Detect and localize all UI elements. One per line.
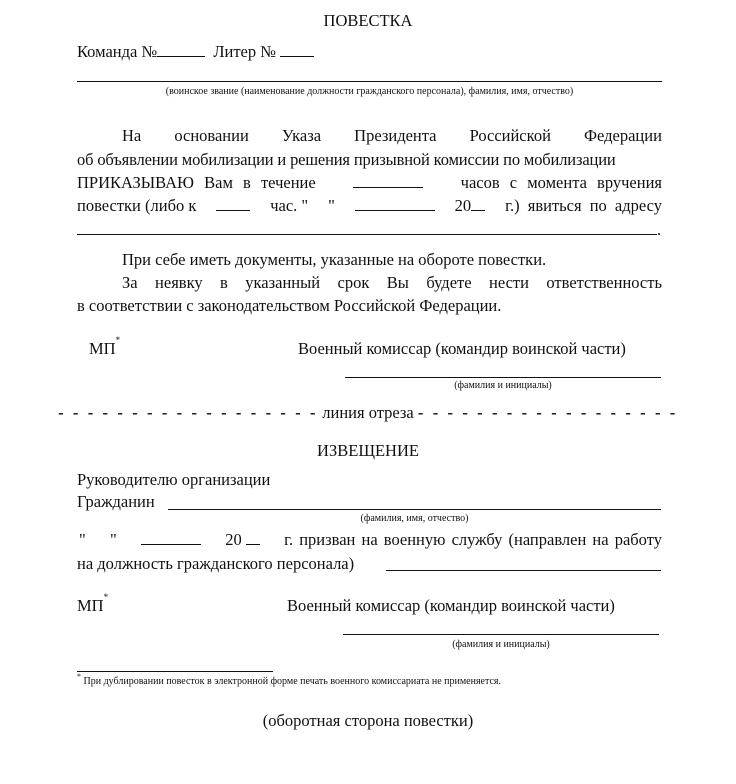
notice-recipient: Руководителю организации — [77, 470, 270, 490]
order-address-text: г.) явиться по адресу — [505, 196, 662, 216]
cut-line: - - - - - - - - - - - - - - - - - - лини… — [0, 403, 736, 423]
address-period: . — [657, 220, 661, 240]
citizen-name-caption: (фамилия, имя, отчество) — [168, 513, 661, 524]
quote-mark: " — [79, 530, 86, 550]
team-label: Команда № — [77, 42, 157, 61]
word: На — [122, 126, 141, 146]
stamp-label: МП* — [89, 339, 120, 359]
liter-number-field[interactable] — [280, 42, 314, 57]
citizen-label: Гражданин — [77, 492, 155, 512]
stamp-label-bottom: МП* — [77, 596, 108, 616]
year-prefix: 20 — [455, 196, 472, 215]
team-number-field[interactable] — [157, 42, 205, 57]
word: Указа — [282, 126, 321, 146]
position-line-label: на должность гражданского персонала) — [77, 554, 354, 574]
footnote-separator — [77, 671, 273, 672]
year-prefix: 20 — [225, 530, 242, 549]
word: Федерации — [584, 126, 662, 146]
recipient-name-line[interactable] — [77, 81, 662, 82]
liability-line-1: За неявку в указанный срок Вы будете нес… — [122, 273, 662, 293]
address-line[interactable] — [77, 234, 657, 235]
year-field[interactable] — [471, 196, 485, 211]
position-line[interactable] — [386, 570, 661, 571]
word: Президента — [354, 126, 436, 146]
stamp-text: МП — [89, 339, 116, 358]
recipient-name-caption: (воинское звание (наименование должности… — [77, 86, 662, 97]
order-hours-text: часов с момента вручения — [461, 173, 662, 193]
hour-field[interactable] — [216, 196, 250, 211]
notice-year-group: 20 — [225, 530, 260, 550]
liter-label: Литер № — [213, 42, 276, 61]
footnote-mark: * — [116, 335, 121, 345]
date-month-field[interactable] — [355, 196, 435, 211]
notice-conscription-text: г. призван на военную службу (направлен … — [284, 530, 662, 550]
order-command-text: ПРИКАЗЫВАЮ Вам в течение — [77, 173, 316, 193]
documents-note: При себе иметь документы, указанные на о… — [122, 250, 546, 270]
year-group: 20 — [455, 196, 486, 216]
dashes-right: - - - - - - - - - - - - - - - - - - — [418, 403, 678, 422]
hours-field[interactable] — [353, 173, 423, 188]
word: Российской — [470, 126, 551, 146]
notice-date-field[interactable] — [141, 530, 201, 545]
commissar-signature-line-bottom[interactable] — [343, 634, 659, 635]
footnote-text: При дублировании повесток в электронной … — [84, 676, 502, 687]
notice-title: ИЗВЕЩЕНИЕ — [0, 441, 736, 461]
commissar-signature-line[interactable] — [345, 377, 661, 378]
footnote-mark: * — [77, 672, 81, 681]
quote-mark: " — [110, 530, 117, 550]
order-line-2: об объявлении мобилизации и решения приз… — [77, 150, 616, 170]
order-line-1: На основании Указа Президента Российской… — [122, 126, 662, 146]
document-title: ПОВЕСТКА — [0, 11, 736, 31]
commissar-signature-caption: (фамилия и инициалы) — [345, 380, 661, 391]
notice-date-line: " " 20 г. призван на военную службу (нап… — [77, 530, 662, 550]
commissar-signature-caption-bottom: (фамилия и инициалы) — [343, 639, 659, 650]
footnote-mark: * — [104, 592, 109, 602]
quote-mark: " — [328, 196, 335, 216]
order-line-3: ПРИКАЗЫВАЮ Вам в течение часов с момента… — [77, 173, 662, 193]
order-line-4: повестки (либо к час. " " 20 г.) явиться… — [77, 196, 662, 216]
word: основании — [174, 126, 248, 146]
dashes-left: - - - - - - - - - - - - - - - - - - — [58, 403, 318, 422]
reverse-side-label: (оборотная сторона повестки) — [0, 711, 736, 731]
notice-year-field[interactable] — [246, 530, 260, 545]
citizen-name-line[interactable] — [168, 509, 661, 510]
footnote: * При дублировании повесток в электронно… — [77, 676, 501, 687]
stamp-text: МП — [77, 596, 104, 615]
hour-label: час. " — [270, 196, 308, 216]
commissar-title: Военный комиссар (командир воинской част… — [298, 339, 626, 359]
team-liter-line: Команда № Литер № — [77, 42, 314, 62]
commissar-title-bottom: Военный комиссар (командир воинской част… — [287, 596, 615, 616]
order-time-text: повестки (либо к — [77, 196, 196, 216]
cut-line-label: линия отреза — [322, 403, 414, 422]
liability-line-2: в соответствии с законодательством Росси… — [77, 296, 501, 316]
